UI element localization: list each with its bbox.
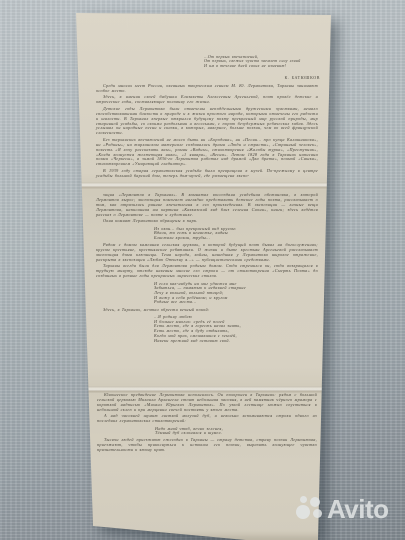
avito-brand-text: Avito [327, 492, 389, 526]
verse-quote: Надо мной чтоб, вечно зеленея, Тёмный ду… [155, 427, 317, 436]
document-page: …От первых впечатлений, От первых, свежи… [0, 0, 405, 540]
paper-shadow: …От первых впечатлений, От первых, свежи… [0, 0, 405, 540]
epigraph-text: …От первых впечатлений, От первых, свежи… [204, 55, 320, 69]
verse-quote: И если как-нибудь на миг удастся мне Заб… [154, 282, 318, 306]
avito-logo-icon [296, 492, 327, 526]
paragraph: Тысячи людей приезжают ежегодно в Тархан… [97, 438, 317, 453]
paragraph: Без тарханских впечатлений не могло быть… [96, 138, 318, 167]
section-top: Среди многих мест России, овеянных творч… [96, 84, 318, 180]
paragraph: Юношеское предвидение Лермонтова исполни… [97, 393, 317, 413]
paragraph: Здесь, в Тарханах, мечтал обрести вечный… [96, 308, 318, 313]
avito-watermark: Avito [296, 492, 389, 526]
paragraph: зиция «Лермонтов в Тарханах». В комнатах… [96, 193, 318, 218]
paragraph: А над часовней шумит листвой могучий дуб… [97, 414, 317, 424]
paragraph: Здесь, в имении своей бабушки Елизаветы … [96, 95, 318, 105]
epigraph: …От первых впечатлений, От первых, свежи… [204, 50, 320, 85]
epigraph-author: К. БАТЮШКОВ [204, 76, 320, 81]
paragraph: Окна комнат Лермонтова обращены в парк. [96, 219, 318, 224]
verse-quote: …Я родину люблю И больше многих: средь е… [154, 315, 318, 343]
section-middle: зиция «Лермонтов в Тарханах». В комнатах… [96, 193, 318, 346]
paragraph: Среди многих мест России, овеянных творч… [96, 84, 318, 94]
paragraph: Тарханы всегда были для Лермонтова родны… [96, 264, 318, 279]
fold-crease-top [74, 182, 334, 189]
paragraph: Рядом с домом каменная сельская церковь,… [96, 243, 318, 263]
section-bottom: Юношеское предвидение Лермонтова исполни… [97, 393, 317, 455]
paragraph: Детские годы Лермонтова были отмечены не… [96, 107, 318, 136]
paragraph: В 1939 году старая лермонтовская усадьба… [96, 169, 318, 179]
photo-background: …От первых впечатлений, От первых, свежи… [0, 0, 405, 540]
verse-quote: Из окон… был прекрасный вид кругом: Вдал… [154, 227, 318, 241]
